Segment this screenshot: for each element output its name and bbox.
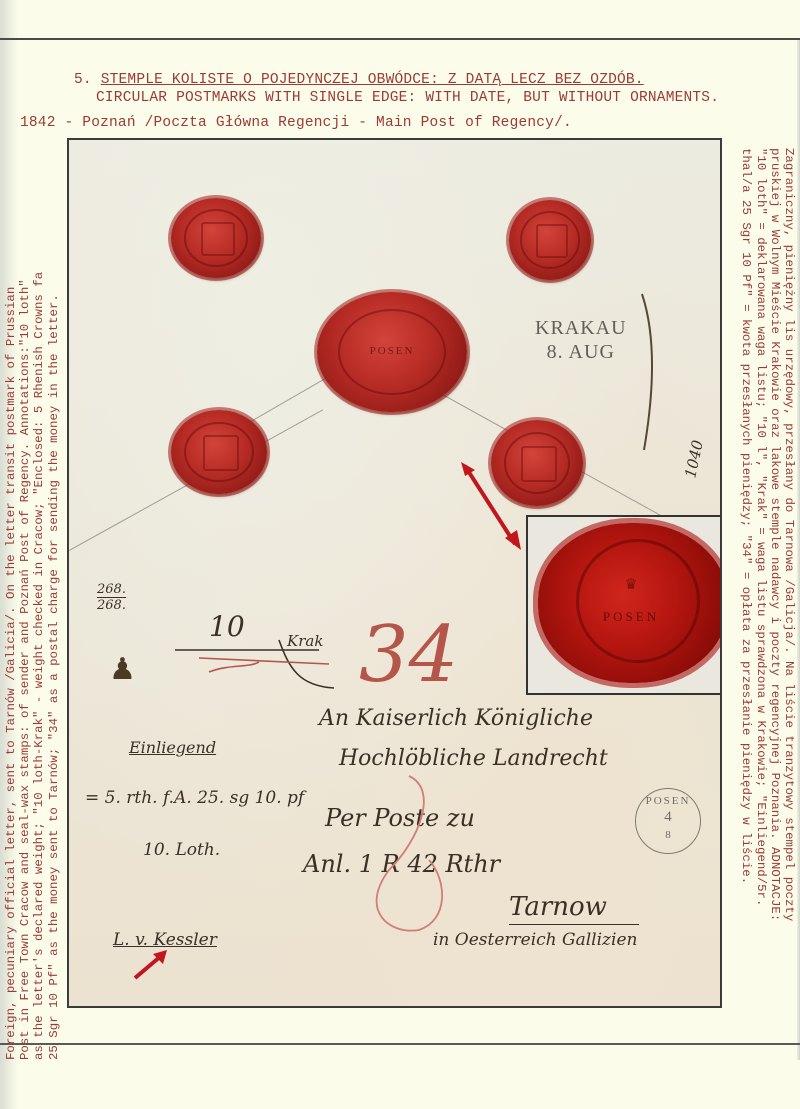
einliegend-note: Einliegend bbox=[129, 738, 216, 757]
bottom-rule bbox=[0, 1043, 800, 1045]
seal-text: POSEN bbox=[317, 345, 467, 357]
wax-seal-top-right bbox=[509, 200, 591, 280]
title-pl-text: STEMPLE KOLISTE O POJEDYNCZEJ OBWÓDCE: Z… bbox=[101, 72, 644, 88]
destination-region: in Oesterreich Gallizien bbox=[433, 930, 637, 950]
destination: Tarnow bbox=[509, 892, 607, 922]
reference-number: 268. 268. bbox=[97, 582, 126, 613]
description-line: thal/a 25 Sgr 10 Pf" = kwota przesłanych… bbox=[739, 148, 753, 1048]
postmark-month: 8 bbox=[636, 829, 700, 841]
description-line: as the letter's declared weight; "10 lot… bbox=[32, 140, 46, 1060]
arrow-pointer-icon bbox=[131, 948, 171, 982]
postmark-date: 8. AUG bbox=[535, 340, 627, 364]
manuscript-stroke bbox=[634, 290, 664, 460]
description-line: Post in Free Town Cracow and seal-wax st… bbox=[18, 140, 32, 1060]
postal-cover: POSEN KRAKAU 8. AUG 1040 ♛ POSEN 268. 26… bbox=[67, 138, 722, 1008]
addressee-line-2: Hochlöbliche Landrecht bbox=[339, 746, 608, 771]
red-crayon-mark bbox=[349, 770, 459, 940]
postmark-town: POSEN bbox=[636, 795, 700, 807]
wax-seal-middle-left bbox=[171, 410, 267, 494]
description-line: "10 loth" = deklarowana waga listu; "10 … bbox=[753, 148, 767, 1048]
destination-underline bbox=[509, 924, 639, 925]
wax-seal-center: POSEN bbox=[317, 292, 467, 412]
enclosed-amount: = 5. rth. f.A. 25. sg 10. pf bbox=[85, 788, 304, 808]
postmark-posen: POSEN 4 8 bbox=[635, 788, 701, 854]
top-rule bbox=[0, 38, 800, 40]
postmark-day: 4 bbox=[636, 809, 700, 826]
postmark-town: KRAKAU bbox=[535, 316, 627, 340]
ink-blot: ♟ bbox=[109, 652, 136, 687]
inset-seal-text: POSEN bbox=[528, 609, 722, 625]
arrow-pointer-icon bbox=[459, 460, 529, 560]
description-line: pruskiej w Wolnym Mieście Krakowie oraz … bbox=[768, 148, 782, 1048]
wax-seal-top-left bbox=[171, 198, 261, 278]
section-number: 5. bbox=[74, 72, 92, 88]
description-line: Foreign, pecuniary official letter, sent… bbox=[4, 140, 18, 1060]
section-title-pl: 5. STEMPLE KOLISTE O POJEDYNCZEJ OBWÓDCE… bbox=[74, 72, 644, 88]
description-line: 25 Sgr 10 Pf" as the money sent to Tarnó… bbox=[47, 140, 61, 1060]
section-title-en: CIRCULAR POSTMARKS WITH SINGLE EDGE: WIT… bbox=[96, 90, 719, 106]
description-line: Zagraniczny, pieniężny lis urzędowy, prz… bbox=[782, 148, 796, 1048]
manuscript-strokes bbox=[169, 638, 339, 698]
addressee-line-1: An Kaiserlich Königliche bbox=[319, 706, 593, 731]
postal-charge: 34 bbox=[359, 610, 458, 700]
cover-subtitle: 1842 - Poznań /Poczta Główna Regencji - … bbox=[20, 115, 572, 131]
seal-ring bbox=[576, 539, 700, 663]
docket-number: 1040 bbox=[681, 438, 707, 479]
description-polish: Zagraniczny, pieniężny lis urzędowy, prz… bbox=[739, 148, 796, 1048]
seal-detail-inset: ♛ POSEN bbox=[526, 515, 722, 695]
sender-signature: L. v. Kessler bbox=[113, 930, 217, 950]
postmark-krakau: KRAKAU 8. AUG bbox=[535, 316, 627, 364]
weight-loth: 10. Loth. bbox=[143, 840, 220, 860]
description-english: Foreign, pecuniary official letter, sent… bbox=[4, 140, 61, 1060]
crown-icon: ♛ bbox=[528, 573, 722, 595]
